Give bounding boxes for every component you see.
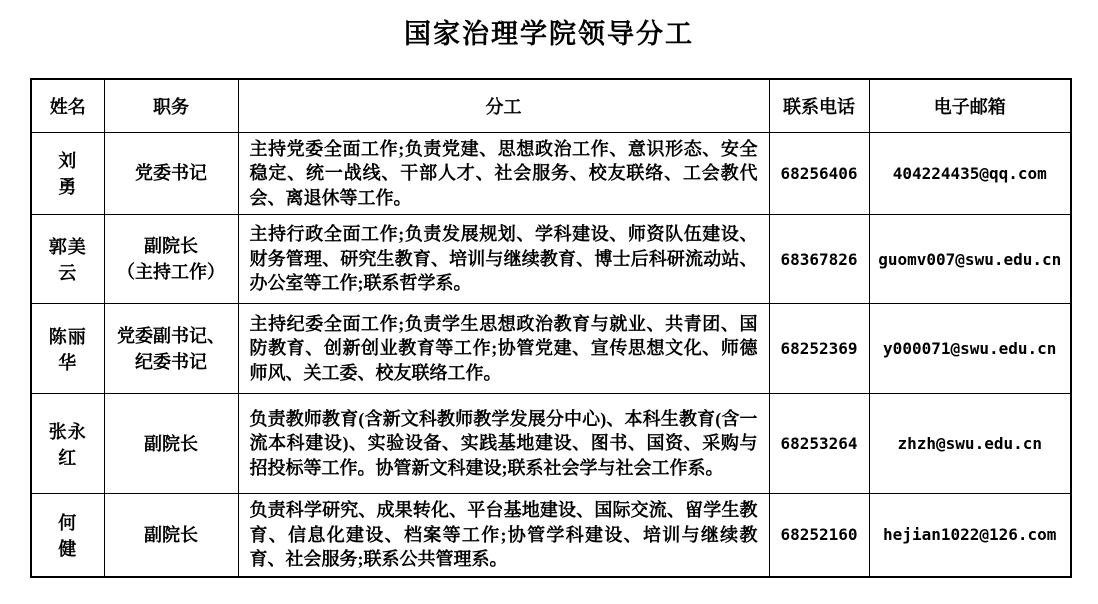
duties-cell: 负责科学研究、成果转化、平台基地建设、国际交流、留学生教育、信息化建设、档案等工… [238, 494, 769, 577]
email-cell: guomv007@swu.edu.cn [869, 215, 1071, 304]
name-cell: 郭美云 [31, 215, 104, 304]
table-row: 郭美云 副院长 （主持工作） 主持行政全面工作;负责发展规划、学科建设、师资队伍… [31, 215, 1071, 304]
phone-cell: 68252160 [769, 494, 869, 577]
duties-cell: 主持纪委全面工作;负责学生思想政治教育与就业、共青团、国防教育、创新创业教育等工… [238, 304, 769, 394]
phone-cell: 68256406 [769, 132, 869, 215]
duties-cell: 负责教师教育(含新文科教师教学发展分中心)、本科生教育(含一流本科建设)、实验设… [238, 394, 769, 494]
email-cell: y000071@swu.edu.cn [869, 304, 1071, 394]
table-header: 姓名 职务 分工 联系电话 电子邮箱 [31, 79, 1071, 132]
column-header-phone: 联系电话 [769, 79, 869, 132]
leadership-table: 姓名 职务 分工 联系电话 电子邮箱 刘 勇 党委书记 主持党委全面工作;负责党… [30, 78, 1072, 578]
column-header-name: 姓名 [31, 79, 104, 132]
name-cell: 陈丽华 [31, 304, 104, 394]
duties-cell: 主持党委全面工作;负责党建、思想政治工作、意识形态、安全稳定、统一战线、干部人才… [238, 132, 769, 215]
name-cell: 张永红 [31, 394, 104, 494]
email-cell: 404224435@qq.com [869, 132, 1071, 215]
column-header-duties: 分工 [238, 79, 769, 132]
document-page: { "title": "国家治理学院领导分工", "table": { "hea… [0, 0, 1098, 604]
position-cell: 党委副书记、 纪委书记 [104, 304, 238, 394]
table-body: 刘 勇 党委书记 主持党委全面工作;负责党建、思想政治工作、意识形态、安全稳定、… [31, 132, 1071, 577]
table-row: 张永红 副院长 负责教师教育(含新文科教师教学发展分中心)、本科生教育(含一流本… [31, 394, 1071, 494]
email-cell: hejian1022@126.com [869, 494, 1071, 577]
phone-cell: 68252369 [769, 304, 869, 394]
column-header-email: 电子邮箱 [869, 79, 1071, 132]
position-cell: 副院长 [104, 494, 238, 577]
column-header-position: 职务 [104, 79, 238, 132]
table-row: 陈丽华 党委副书记、 纪委书记 主持纪委全面工作;负责学生思想政治教育与就业、共… [31, 304, 1071, 394]
email-cell: zhzh@swu.edu.cn [869, 394, 1071, 494]
table-row: 何 健 副院长 负责科学研究、成果转化、平台基地建设、国际交流、留学生教育、信息… [31, 494, 1071, 577]
table-row: 刘 勇 党委书记 主持党委全面工作;负责党建、思想政治工作、意识形态、安全稳定、… [31, 132, 1071, 215]
position-cell: 副院长 [104, 394, 238, 494]
phone-cell: 68367826 [769, 215, 869, 304]
position-cell: 党委书记 [104, 132, 238, 215]
name-cell: 何 健 [31, 494, 104, 577]
phone-cell: 68253264 [769, 394, 869, 494]
header-row: 姓名 职务 分工 联系电话 电子邮箱 [31, 79, 1071, 132]
name-cell: 刘 勇 [31, 132, 104, 215]
page-title: 国家治理学院领导分工 [0, 12, 1098, 51]
position-cell: 副院长 （主持工作） [104, 215, 238, 304]
duties-cell: 主持行政全面工作;负责发展规划、学科建设、师资队伍建设、财务管理、研究生教育、培… [238, 215, 769, 304]
